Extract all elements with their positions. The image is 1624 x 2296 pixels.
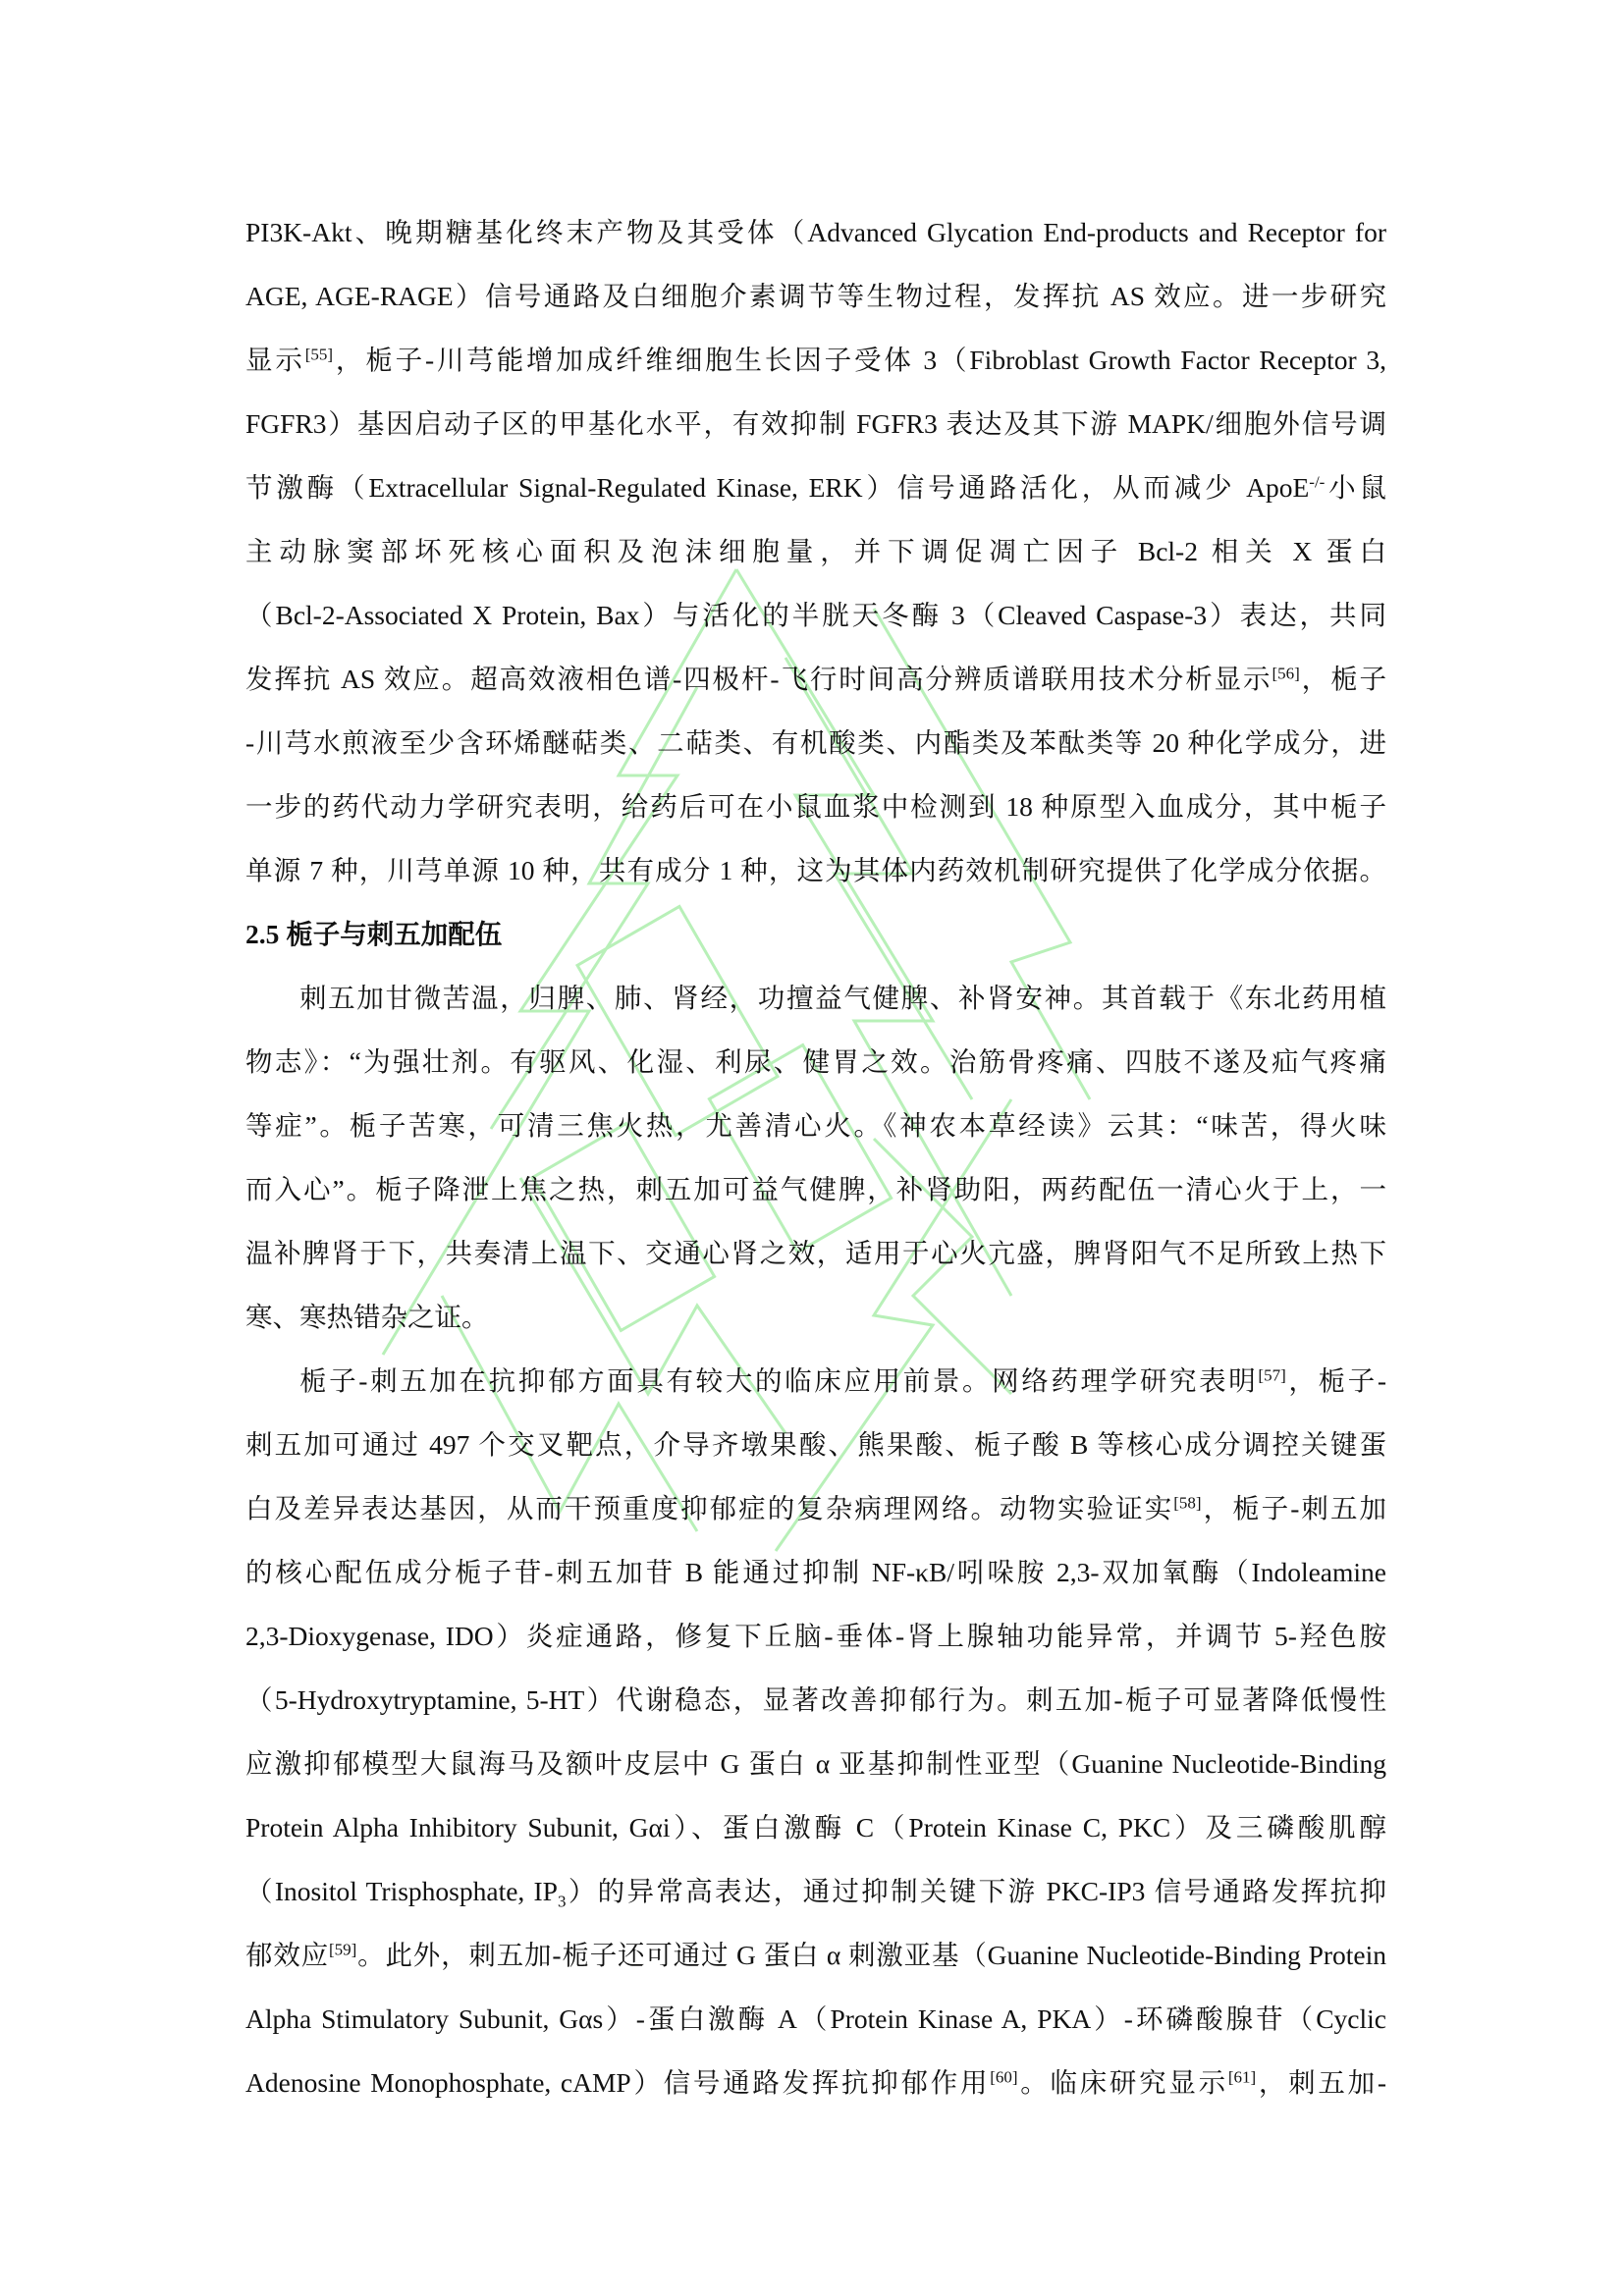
citation-ref: [60] [990, 2068, 1017, 2087]
text-line: 等症”。栀子苦寒，可清三焦火热，尤善清心火。《神农本草经读》云其：“味苦，得火味 [245, 1094, 1386, 1157]
text-line: Protein Alpha Inhibitory Subunit, Gαi）、蛋… [245, 1795, 1386, 1859]
text-line: AGE, AGE-RAGE）信号通路及白细胞介素调节等生物过程，发挥抗 AS 效… [245, 264, 1386, 328]
text-line: 应激抑郁模型大鼠海马及额叶皮层中 G 蛋白 α 亚基抑制性亚型（Guanine … [245, 1732, 1386, 1795]
body-text: PI3K-Akt、晚期糖基化终末产物及其受体（Advanced Glycatio… [245, 200, 1386, 2114]
text-line: 2,3-Dioxygenase, IDO）炎症通路，修复下丘脑-垂体-肾上腺轴功… [245, 1604, 1386, 1668]
text-line: 白及差异表达基因，从而干预重度抑郁症的复杂病理网络。动物实验证实[58]，栀子-… [245, 1476, 1386, 1540]
citation-ref: [57] [1258, 1366, 1285, 1385]
text-line: -川芎水煎液至少含环烯醚萜类、二萜类、有机酸类、内酯类及苯酞类等 20 种化学成… [245, 711, 1386, 774]
text-line: 显示[55]，栀子-川芎能增加成纤维细胞生长因子受体 3（Fibroblast … [245, 328, 1386, 392]
text-line: （Inositol Trisphosphate, IP3）的异常高表达，通过抑制… [245, 1859, 1386, 1923]
text-line: 而入心”。栀子降泄上焦之热，刺五加可益气健脾，补肾助阳，两药配伍一清心火于上，一 [245, 1157, 1386, 1221]
citation-ref: [55] [305, 346, 333, 364]
text-line: Alpha Stimulatory Subunit, Gαs）-蛋白激酶 A（P… [245, 1987, 1386, 2051]
text-line: 的核心配伍成分栀子苷-刺五加苷 B 能通过抑制 NF-κB/吲哚胺 2,3-双加… [245, 1540, 1386, 1604]
text-line: 温补脾肾于下，共奏清上温下、交通心肾之效，适用于心火亢盛，脾肾阳气不足所致上热下 [245, 1221, 1386, 1285]
citation-ref: [61] [1228, 2068, 1256, 2087]
citation-ref: [59] [329, 1941, 356, 1959]
text-line: 寒、寒热错杂之证。 [245, 1285, 1386, 1349]
section-heading: 2.5 栀子与刺五加配伍 [245, 902, 1386, 966]
text-line: 主动脉窦部坏死核心面积及泡沫细胞量，并下调促凋亡因子 Bcl-2 相关 X 蛋白 [245, 519, 1386, 583]
text-line: 发挥抗 AS 效应。超高效液相色谱-四极杆-飞行时间高分辨质谱联用技术分析显示[… [245, 647, 1386, 711]
text-line: （Bcl-2-Associated X Protein, Bax）与活化的半胱天… [245, 583, 1386, 647]
text-line: 物志》：“为强壮剂。有驱风、化湿、利尿、健胃之效。治筋骨疼痛、四肢不遂及疝气疼痛 [245, 1030, 1386, 1094]
text-line: 节激酶（Extracellular Signal-Regulated Kinas… [245, 455, 1386, 519]
superscript: -/- [1309, 473, 1325, 492]
text-line: PI3K-Akt、晚期糖基化终末产物及其受体（Advanced Glycatio… [245, 200, 1386, 264]
text-line: 刺五加可通过 497 个交叉靶点，介导齐墩果酸、熊果酸、栀子酸 B 等核心成分调… [245, 1413, 1386, 1476]
text-line: 一步的药代动力学研究表明，给药后可在小鼠血浆中检测到 18 种原型入血成分，其中… [245, 774, 1386, 838]
text-line: FGFR3）基因启动子区的甲基化水平，有效抑制 FGFR3 表达及其下游 MAP… [245, 392, 1386, 455]
citation-ref: [58] [1173, 1494, 1201, 1513]
text-line: 栀子-刺五加在抗抑郁方面具有较大的临床应用前景。网络药理学研究表明[57]，栀子… [245, 1349, 1386, 1413]
text-line: Adenosine Monophosphate, cAMP）信号通路发挥抗抑郁作… [245, 2051, 1386, 2114]
text-line: （5-Hydroxytryptamine, 5-HT）代谢稳态，显著改善抑郁行为… [245, 1668, 1386, 1732]
text-line: 郁效应[59]。此外，刺五加-栀子还可通过 G 蛋白 α 刺激亚基（Guanin… [245, 1923, 1386, 1987]
text-line: 刺五加甘微苦温，归脾、肺、肾经，功擅益气健脾、补肾安神。其首载于《东北药用植 [245, 966, 1386, 1030]
citation-ref: [56] [1272, 665, 1299, 683]
document-page: PI3K-Akt、晚期糖基化终末产物及其受体（Advanced Glycatio… [0, 0, 1624, 2296]
text-line: 单源 7 种，川芎单源 10 种，共有成分 1 种，这为其体内药效机制研究提供了… [245, 838, 1386, 902]
